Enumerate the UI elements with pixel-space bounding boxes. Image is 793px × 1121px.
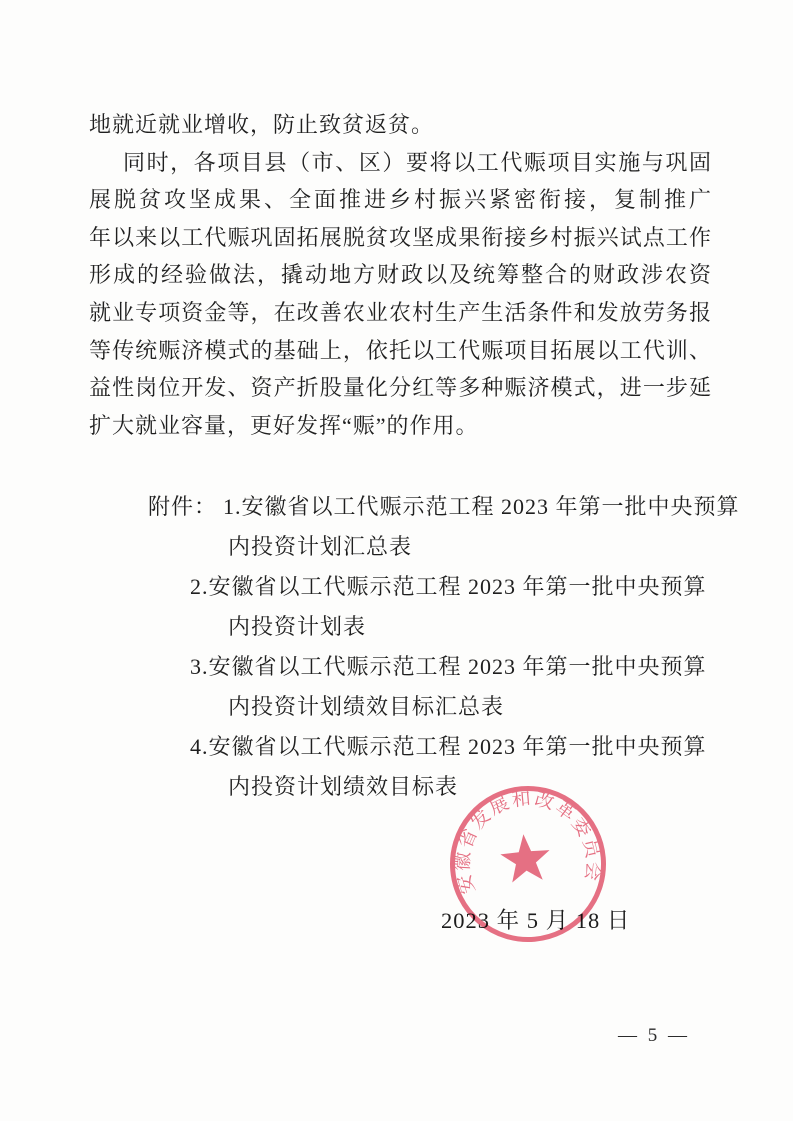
- body-line: 扩大就业容量，更好发挥“赈”的作用。: [89, 407, 712, 445]
- attachment-item-title: 2.安徽省以工代赈示范工程 2023 年第一批中央预算: [190, 567, 728, 607]
- attachment-item-continuation: 内投资计划汇总表: [228, 527, 728, 567]
- attachment-list: 附件：1.安徽省以工代赈示范工程 2023 年第一批中央预算 内投资计划汇总表 …: [148, 487, 728, 807]
- seal-star-icon: [499, 832, 552, 883]
- seal-text: 安徽省发展和改革委员会: [445, 782, 607, 897]
- attachment-item-title: 3.安徽省以工代赈示范工程 2023 年第一批中央预算: [190, 647, 728, 687]
- attachment-item-continuation: 内投资计划表: [228, 607, 728, 647]
- attachment-item-continuation: 内投资计划绩效目标汇总表: [228, 687, 728, 727]
- body-line: 地就近就业增收，防止致贫返贫。: [89, 106, 712, 144]
- document-page: 地就近就业增收，防止致贫返贫。 同时，各项目县（市、区）要将以工代赈项目实施与巩…: [0, 0, 793, 1121]
- attachment-item-title: 1.安徽省以工代赈示范工程 2023 年第一批中央预算: [223, 494, 740, 519]
- body-line: 形成的经验做法，撬动地方财政以及统筹整合的财政涉农资金、: [89, 256, 712, 294]
- body-line: 益性岗位开发、资产折股量化分红等多种赈济模式，进一步延伸: [89, 369, 712, 407]
- attachment-item: 附件：1.安徽省以工代赈示范工程 2023 年第一批中央预算: [148, 487, 728, 527]
- official-seal: 安徽省发展和改革委员会: [440, 775, 616, 952]
- body-line: 就业专项资金等，在改善农业农村生产生活条件和发放劳务报酬: [89, 294, 712, 332]
- body-line: 展脱贫攻坚成果、全面推进乡村振兴紧密衔接，复制推广 2020: [89, 181, 712, 219]
- body-line: 等传统赈济模式的基础上，依托以工代赈项目拓展以工代训、公: [89, 332, 712, 370]
- attachment-label: 附件：: [148, 494, 217, 519]
- body-line: 同时，各项目县（市、区）要将以工代赈项目实施与巩固拓: [89, 144, 712, 182]
- body-line: 年以来以工代赈巩固拓展脱贫攻坚成果衔接乡村振兴试点工作: [89, 219, 712, 257]
- body-paragraphs: 地就近就业增收，防止致贫返贫。 同时，各项目县（市、区）要将以工代赈项目实施与巩…: [89, 106, 712, 444]
- attachment-item-title: 4.安徽省以工代赈示范工程 2023 年第一批中央预算: [190, 727, 728, 767]
- page-number: — 5 —: [618, 1025, 690, 1047]
